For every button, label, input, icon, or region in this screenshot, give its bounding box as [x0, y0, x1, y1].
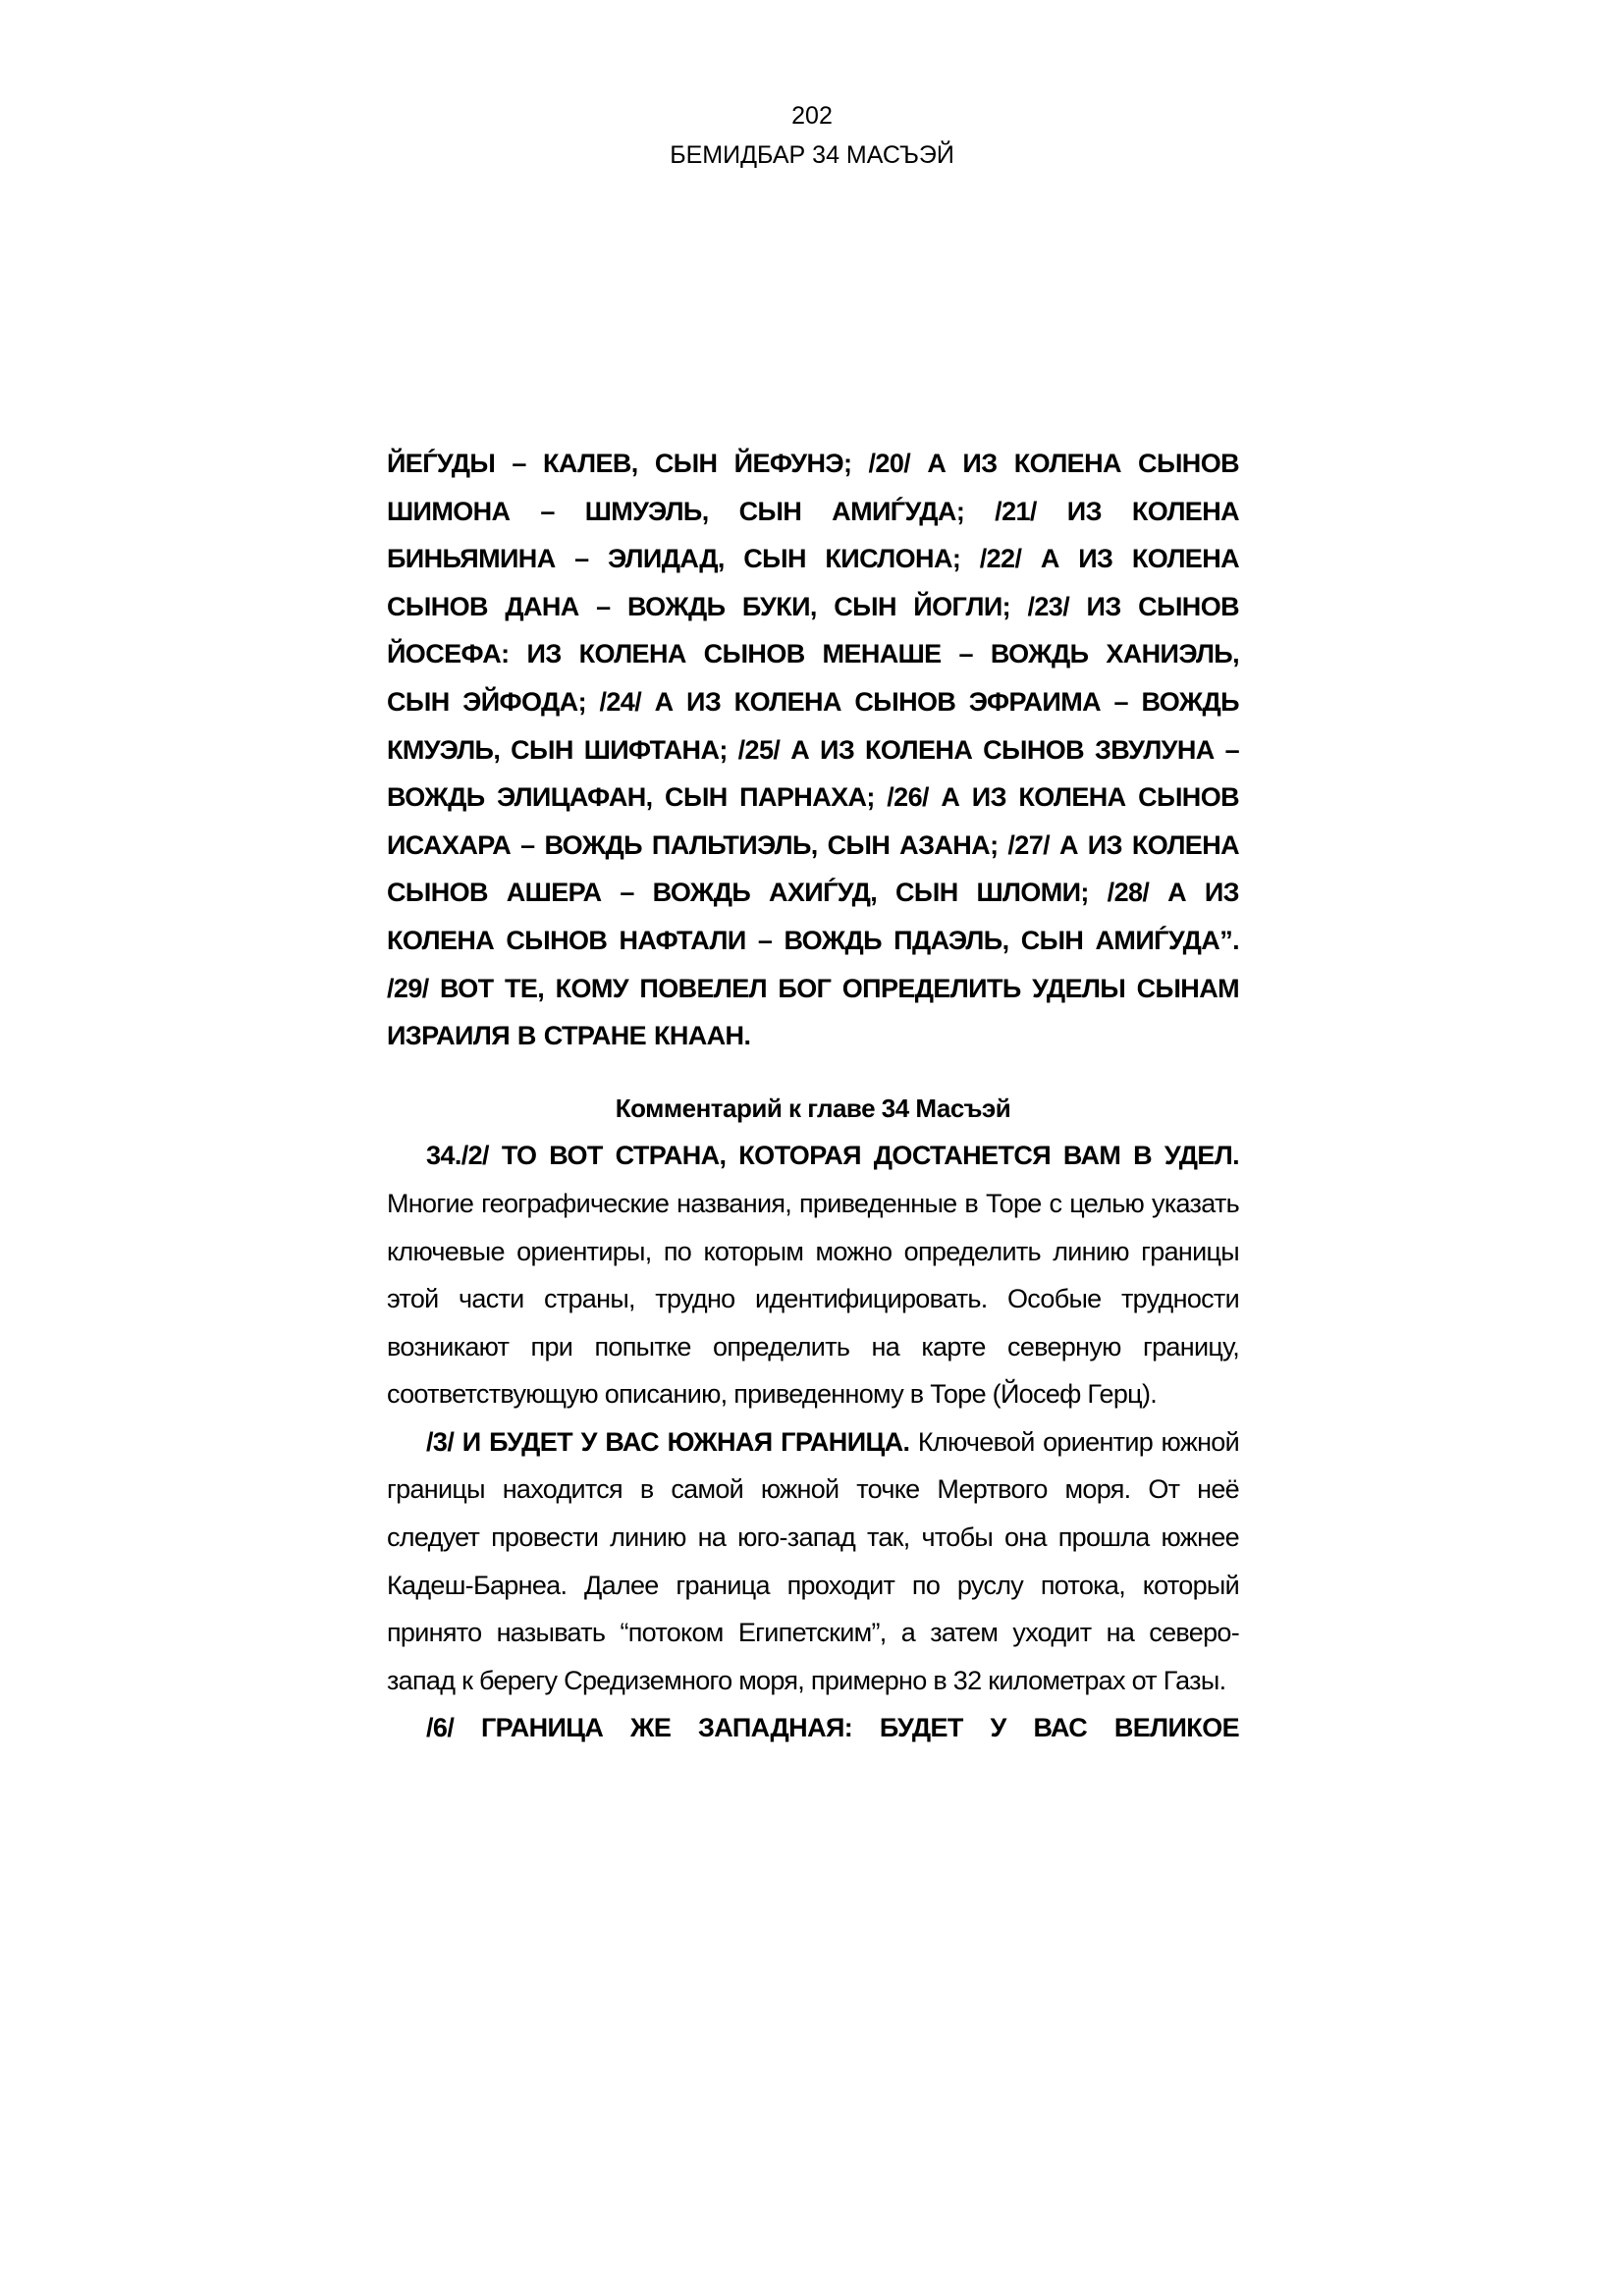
- paragraph-text: Ключевой ориентир южной границы находитс…: [387, 1427, 1239, 1695]
- paragraph-lead: /6/ ГРАНИЦА ЖЕ ЗАПАДНАЯ: БУДЕТ У ВАС ВЕЛ…: [426, 1713, 1239, 1742]
- commentary-paragraph: 34./2/ ТО ВОТ СТРАНА, КОТОРАЯ ДОСТАНЕТСЯ…: [387, 1132, 1239, 1418]
- commentary-title: Комментарий к главе 34 Масъэй: [387, 1085, 1239, 1133]
- verse-text: ЙЕЃУДЫ – КАЛЕВ, СЫН ЙЕФУНЭ; /20/ А ИЗ КО…: [387, 440, 1239, 1060]
- commentary-paragraph: /6/ ГРАНИЦА ЖЕ ЗАПАДНАЯ: БУДЕТ У ВАС ВЕЛ…: [387, 1704, 1239, 1752]
- page-body: ЙЕЃУДЫ – КАЛЕВ, СЫН ЙЕФУНЭ; /20/ А ИЗ КО…: [387, 440, 1239, 1752]
- commentary-paragraph: /3/ И БУДЕТ У ВАС ЮЖНАЯ ГРАНИЦА. Ключево…: [387, 1418, 1239, 1705]
- paragraph-lead: 34./2/ ТО ВОТ СТРАНА, КОТОРАЯ ДОСТАНЕТСЯ…: [426, 1141, 1239, 1170]
- page-header: 202 БЕМИДБАР 34 МАСЪЭЙ: [0, 96, 1624, 175]
- paragraph-text: Многие географические названия, приведен…: [387, 1189, 1239, 1409]
- page-number: 202: [0, 96, 1624, 135]
- paragraph-lead: /3/ И БУДЕТ У ВАС ЮЖНАЯ ГРАНИЦА.: [426, 1427, 909, 1457]
- running-title: БЕМИДБАР 34 МАСЪЭЙ: [0, 135, 1624, 175]
